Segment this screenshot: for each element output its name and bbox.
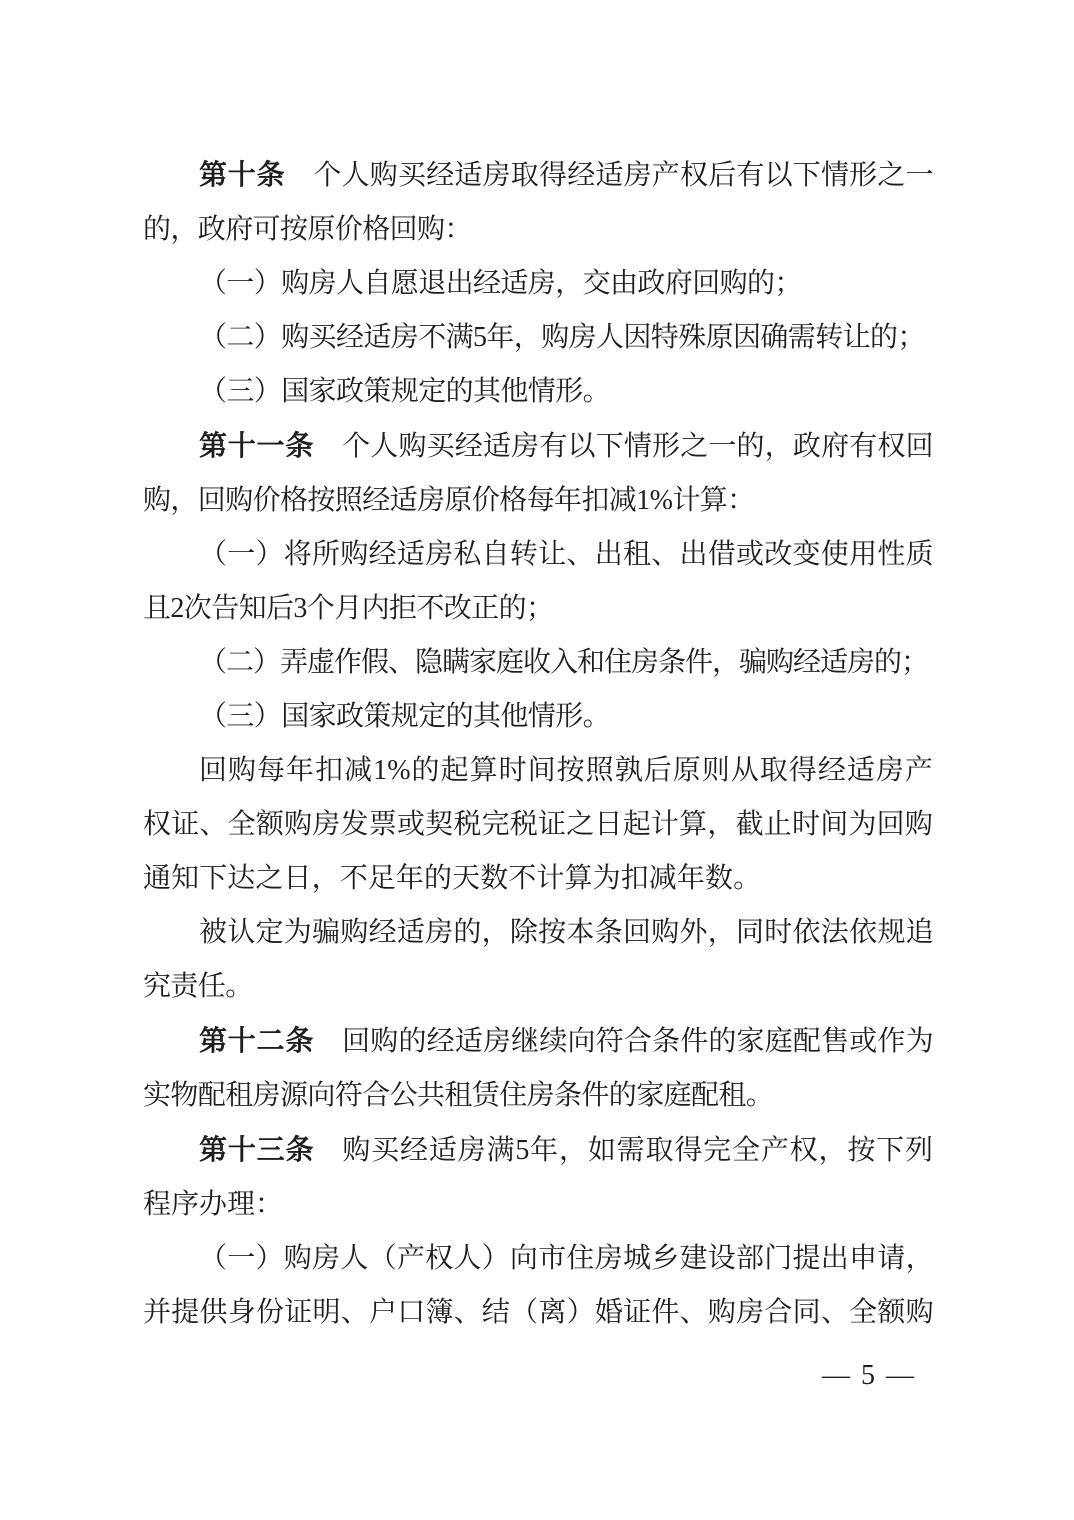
paragraph-article-12: 第十二条回购的经适房继续向符合条件的家庭配售或作为实物配租房源向符合公共租赁住房… <box>143 1014 933 1123</box>
paragraph-item: （二）购买经适房不满5年，购房人因特殊原因确需转让的； <box>143 311 933 365</box>
paragraph-text: （一）购房人自愿退出经适房，交由政府回购的； <box>199 268 802 299</box>
paragraph-article-11: 第十一条个人购买经适房有以下情形之一的，政府有权回购，回购价格按照经适房原价格每… <box>143 419 933 528</box>
article-number-label: 第十一条 <box>199 430 314 461</box>
paragraph-item: （二）弄虚作假、隐瞒家庭收入和住房条件，骗购经适房的； <box>143 636 933 690</box>
paragraph-body: 被认定为骗购经适房的，除按本条回购外，同时依法依规追究责任。 <box>143 906 933 1014</box>
page-number: — 5 — <box>822 1349 916 1403</box>
paragraph-item: （三）国家政策规定的其他情形。 <box>143 690 933 744</box>
document-page: 第十条个人购买经适房取得经适房产权后有以下情形之一的，政府可按原价格回购： （一… <box>0 0 1074 1520</box>
paragraph-text: （二）弄虚作假、隐瞒家庭收入和住房条件，骗购经适房的； <box>199 647 928 678</box>
paragraph-body: 回购每年扣减1%的起算时间按照孰后原则从取得经适房产权证、全额购房发票或契税完税… <box>143 744 933 906</box>
paragraph-text: （三）国家政策规定的其他情形。 <box>199 701 610 732</box>
paragraph-item: （三）国家政策规定的其他情形。 <box>143 365 933 419</box>
paragraph-text: （一）购房人（产权人）向市住房城乡建设部门提出申请，并提供身份证明、户口簿、结（… <box>143 1243 933 1328</box>
paragraph-text: （二）购买经适房不满5年，购房人因特殊原因确需转让的； <box>199 322 925 353</box>
paragraph-item: （一）将所购经适房私自转让、出租、出借或改变使用性质且2次告知后3个月内拒不改正… <box>143 528 933 636</box>
paragraph-item: （一）购房人（产权人）向市住房城乡建设部门提出申请，并提供身份证明、户口簿、结（… <box>143 1232 933 1340</box>
paragraph-text: 回购每年扣减1%的起算时间按照孰后原则从取得经适房产权证、全额购房发票或契税完税… <box>143 755 933 894</box>
paragraph-item: （一）购房人自愿退出经适房，交由政府回购的； <box>143 257 933 311</box>
paragraph-text: 被认定为骗购经适房的，除按本条回购外，同时依法依规追究责任。 <box>143 917 933 1002</box>
paragraph-article-13: 第十三条购买经适房满5年，如需取得完全产权，按下列程序办理： <box>143 1123 933 1232</box>
article-number-label: 第十条 <box>199 159 285 190</box>
paragraph-article-10: 第十条个人购买经适房取得经适房产权后有以下情形之一的，政府可按原价格回购： <box>143 148 933 257</box>
article-number-label: 第十三条 <box>199 1134 314 1165</box>
document-body: 第十条个人购买经适房取得经适房产权后有以下情形之一的，政府可按原价格回购： （一… <box>143 148 933 1340</box>
article-number-label: 第十二条 <box>199 1025 314 1056</box>
paragraph-text: （三）国家政策规定的其他情形。 <box>199 376 610 407</box>
paragraph-text: （一）将所购经适房私自转让、出租、出借或改变使用性质且2次告知后3个月内拒不改正… <box>143 539 933 624</box>
